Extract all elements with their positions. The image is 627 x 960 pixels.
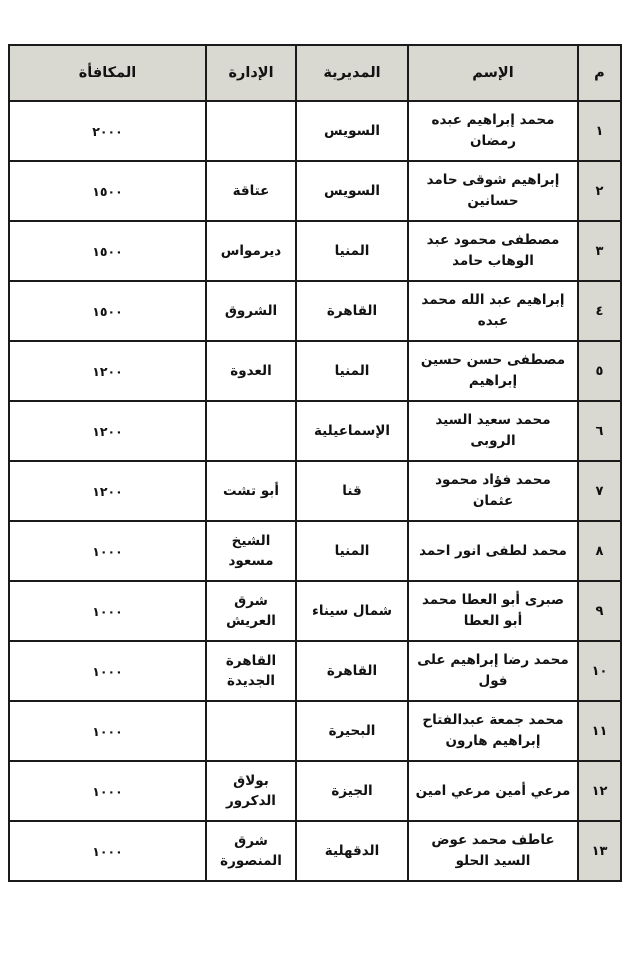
cell-reward: ١٢٠٠ <box>9 341 206 401</box>
cell-reward: ١٠٠٠ <box>9 821 206 881</box>
cell-reward: ١٥٠٠ <box>9 281 206 341</box>
cell-reward: ٢٠٠٠ <box>9 101 206 161</box>
table-row: ١٢مرعي أمين مرعي امينالجيزةبولاق الدكرور… <box>9 761 621 821</box>
cell-name: محمد لطفى انور احمد <box>408 521 578 581</box>
table-row: ٦محمد سعيد السيد الروبىالإسماعيلية١٢٠٠ <box>9 401 621 461</box>
cell-num: ١٣ <box>578 821 621 881</box>
cell-administration <box>206 701 296 761</box>
cell-directorate: المنيا <box>296 221 408 281</box>
cell-reward: ١٠٠٠ <box>9 761 206 821</box>
table-header: مالإسمالمديريةالإدارةالمكافأة <box>9 45 621 101</box>
table-row: ١محمد إبراهيم عبده رمضانالسويس٢٠٠٠ <box>9 101 621 161</box>
col-header-directorate: المديرية <box>296 45 408 101</box>
cell-name: محمد فؤاد محمود عثمان <box>408 461 578 521</box>
table-row: ١٠محمد رضا إبراهيم على فولالقاهرةالقاهرة… <box>9 641 621 701</box>
cell-administration: شرق المنصورة <box>206 821 296 881</box>
table-row: ٥مصطفى حسن حسين إبراهيمالمنياالعدوة١٢٠٠ <box>9 341 621 401</box>
table-row: ١٣عاطف محمد عوض السيد الحلوالدقهليةشرق ا… <box>9 821 621 881</box>
cell-num: ٩ <box>578 581 621 641</box>
cell-directorate: شمال سيناء <box>296 581 408 641</box>
cell-directorate: المنيا <box>296 521 408 581</box>
cell-name: مصطفى محمود عبد الوهاب حامد <box>408 221 578 281</box>
cell-administration: القاهرة الجديدة <box>206 641 296 701</box>
table-row: ٨محمد لطفى انور احمدالمنياالشيخ مسعود١٠٠… <box>9 521 621 581</box>
cell-num: ١ <box>578 101 621 161</box>
cell-directorate: السويس <box>296 161 408 221</box>
cell-directorate: السويس <box>296 101 408 161</box>
cell-administration: عتاقة <box>206 161 296 221</box>
cell-administration: الشيخ مسعود <box>206 521 296 581</box>
cell-directorate: الدقهلية <box>296 821 408 881</box>
cell-num: ١١ <box>578 701 621 761</box>
col-header-administration: الإدارة <box>206 45 296 101</box>
cell-directorate: القاهرة <box>296 281 408 341</box>
col-header-name: الإسم <box>408 45 578 101</box>
cell-num: ٨ <box>578 521 621 581</box>
header-row: مالإسمالمديريةالإدارةالمكافأة <box>9 45 621 101</box>
cell-name: محمد جمعة عبدالفتاح إبراهيم هارون <box>408 701 578 761</box>
cell-num: ١٠ <box>578 641 621 701</box>
cell-name: إبراهيم شوقى حامد حسانين <box>408 161 578 221</box>
table-body: ١محمد إبراهيم عبده رمضانالسويس٢٠٠٠٢إبراه… <box>9 101 621 881</box>
cell-directorate: المنيا <box>296 341 408 401</box>
cell-reward: ١٠٠٠ <box>9 581 206 641</box>
table-row: ٩صبرى أبو العطا محمد أبو العطاشمال سيناء… <box>9 581 621 641</box>
cell-num: ٢ <box>578 161 621 221</box>
cell-administration <box>206 101 296 161</box>
cell-num: ١٢ <box>578 761 621 821</box>
document-page: مالإسمالمديريةالإدارةالمكافأة ١محمد إبرا… <box>0 0 627 960</box>
cell-administration <box>206 401 296 461</box>
table-row: ٣مصطفى محمود عبد الوهاب حامدالمنياديرموا… <box>9 221 621 281</box>
cell-name: محمد سعيد السيد الروبى <box>408 401 578 461</box>
cell-name: صبرى أبو العطا محمد أبو العطا <box>408 581 578 641</box>
cell-reward: ١٥٠٠ <box>9 221 206 281</box>
cell-num: ٧ <box>578 461 621 521</box>
cell-directorate: قنا <box>296 461 408 521</box>
cell-name: مرعي أمين مرعي امين <box>408 761 578 821</box>
table-row: ٧محمد فؤاد محمود عثمانقناأبو تشت١٢٠٠ <box>9 461 621 521</box>
cell-name: عاطف محمد عوض السيد الحلو <box>408 821 578 881</box>
cell-directorate: الجيزة <box>296 761 408 821</box>
cell-administration: بولاق الدكرور <box>206 761 296 821</box>
cell-administration: الشروق <box>206 281 296 341</box>
cell-num: ٤ <box>578 281 621 341</box>
cell-reward: ١٠٠٠ <box>9 701 206 761</box>
cell-administration: شرق العريش <box>206 581 296 641</box>
table-row: ١١محمد جمعة عبدالفتاح إبراهيم هارونالبحي… <box>9 701 621 761</box>
cell-name: محمد رضا إبراهيم على فول <box>408 641 578 701</box>
rewards-table: مالإسمالمديريةالإدارةالمكافأة ١محمد إبرا… <box>8 44 622 882</box>
cell-reward: ١٢٠٠ <box>9 401 206 461</box>
col-header-reward: المكافأة <box>9 45 206 101</box>
cell-reward: ١٢٠٠ <box>9 461 206 521</box>
cell-num: ٥ <box>578 341 621 401</box>
table-row: ٢إبراهيم شوقى حامد حسانينالسويسعتاقة١٥٠٠ <box>9 161 621 221</box>
cell-num: ٣ <box>578 221 621 281</box>
cell-directorate: البحيرة <box>296 701 408 761</box>
cell-name: إبراهيم عبد الله محمد عبده <box>408 281 578 341</box>
cell-name: محمد إبراهيم عبده رمضان <box>408 101 578 161</box>
table-row: ٤إبراهيم عبد الله محمد عبدهالقاهرةالشروق… <box>9 281 621 341</box>
cell-num: ٦ <box>578 401 621 461</box>
cell-reward: ١٠٠٠ <box>9 641 206 701</box>
cell-administration: العدوة <box>206 341 296 401</box>
col-header-num: م <box>578 45 621 101</box>
cell-directorate: القاهرة <box>296 641 408 701</box>
cell-reward: ١٠٠٠ <box>9 521 206 581</box>
cell-administration: ديرمواس <box>206 221 296 281</box>
cell-directorate: الإسماعيلية <box>296 401 408 461</box>
cell-reward: ١٥٠٠ <box>9 161 206 221</box>
cell-name: مصطفى حسن حسين إبراهيم <box>408 341 578 401</box>
cell-administration: أبو تشت <box>206 461 296 521</box>
